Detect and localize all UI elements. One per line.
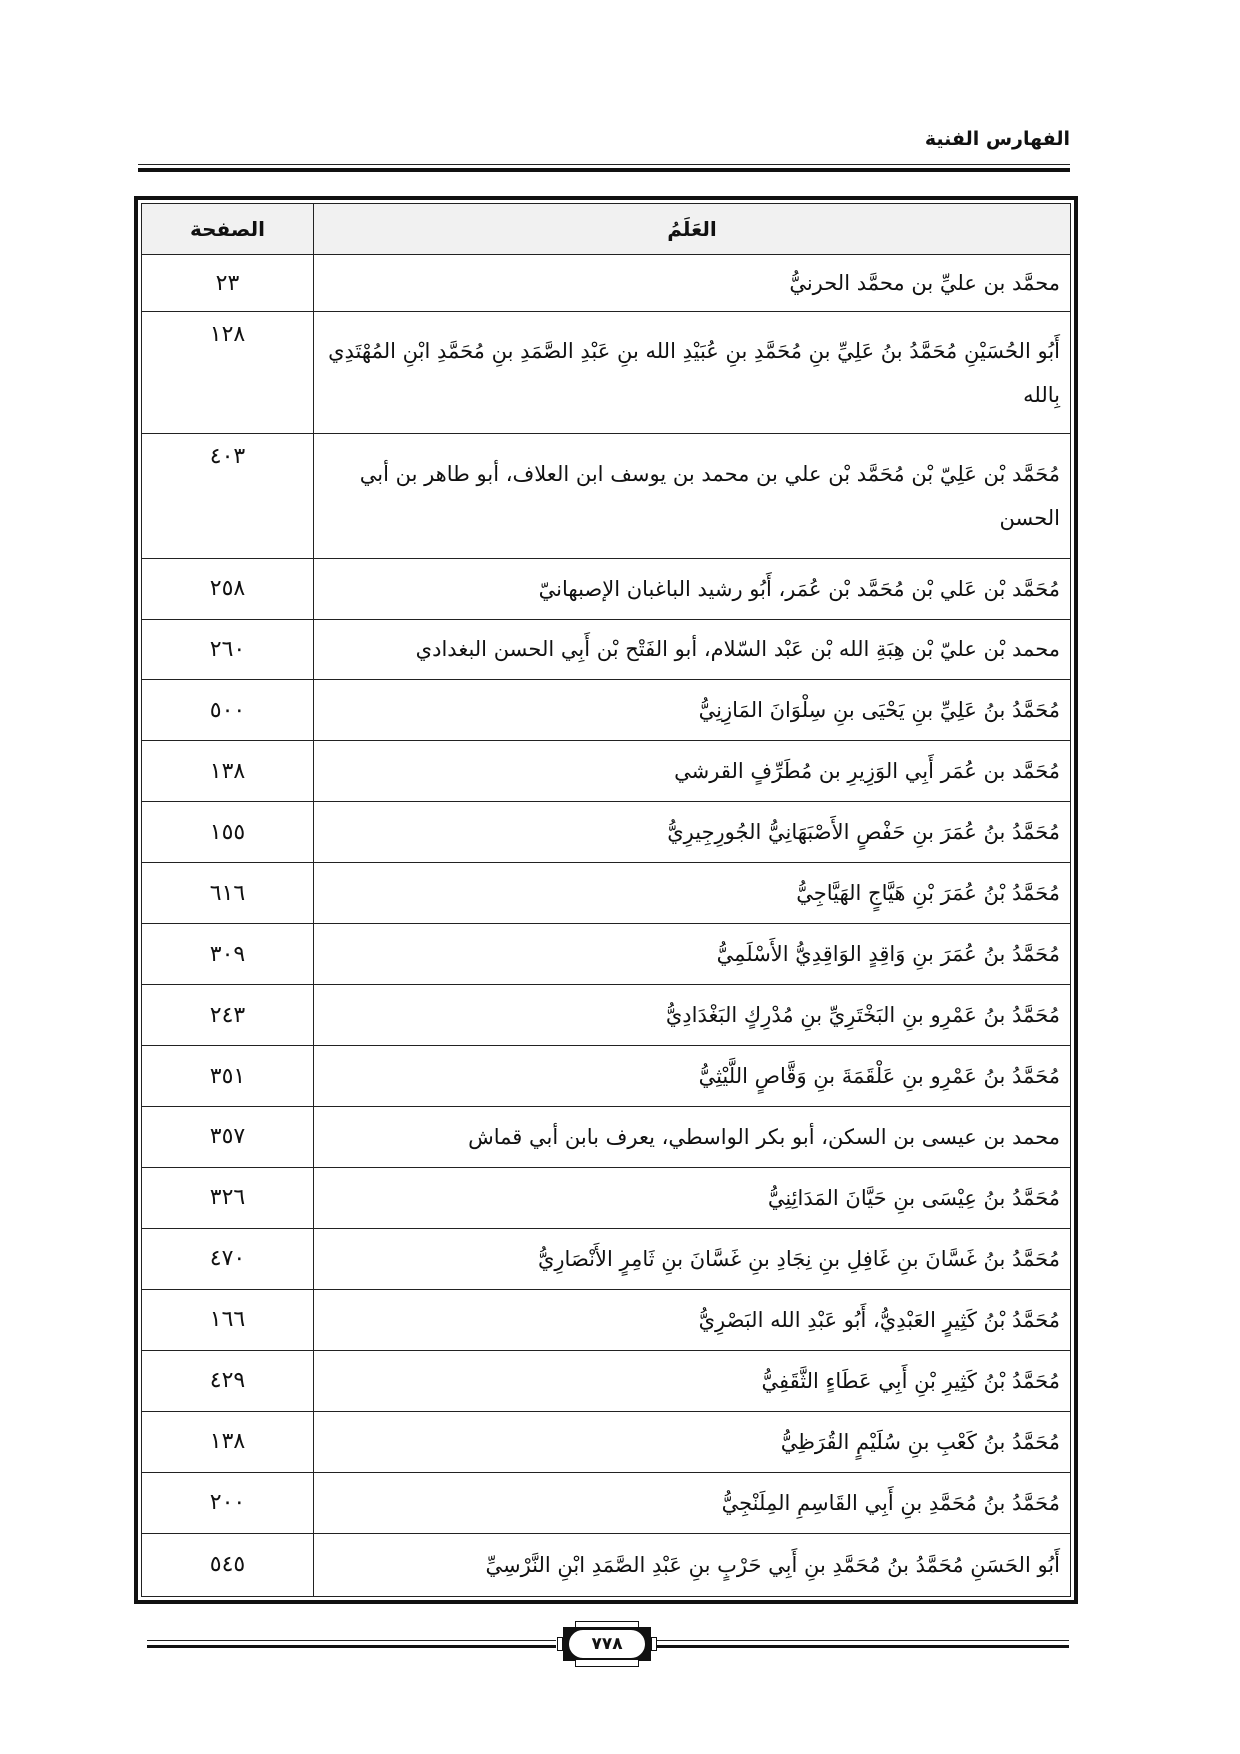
table-row: مُحَمَّد بْن عَلي بْن مُحَمَّد بْن عُمَر… <box>142 558 1071 619</box>
name-cell: مُحَمَّد بْن عَلِيّ بْن مُحَمَّد بْن علي… <box>314 434 1071 558</box>
table-row: مُحَمَّدُ بنُ عِيْسَى بنِ حَيَّانَ المَد… <box>142 1167 1071 1228</box>
name-cell: مُحَمَّدُ بنُ عِيْسَى بنِ حَيَّانَ المَد… <box>314 1167 1071 1228</box>
page-number: ٧٧٨ <box>567 1628 647 1660</box>
table-row: مُحَمَّدُ بنُ غَسَّانَ بنِ غَافِلِ بنِ ن… <box>142 1228 1071 1289</box>
table-row: محمد بن عيسى بن السكن، أبو بكر الواسطي، … <box>142 1107 1071 1168</box>
table-row: مُحَمَّدُ بنُ كَعْبِ بنِ سُلَيْمٍ القُرَ… <box>142 1411 1071 1472</box>
column-header-page: الصفحة <box>142 204 314 255</box>
table-header-row: العَلَمُ الصفحة <box>142 204 1071 255</box>
table-row: مُحَمَّدُ بْنُ كَثِيرِ بْنِ أَبِي عَطَاء… <box>142 1350 1071 1411</box>
page-cell: ٥٠٠ <box>142 680 314 741</box>
page-cell: ٢٦٠ <box>142 619 314 680</box>
page-cell: ٢٣ <box>142 255 314 312</box>
name-cell: مُحَمَّدُ بنُ عُمَرَ بنِ حَفْصٍ الأَصْبَ… <box>314 802 1071 863</box>
page-number-badge: ٧٧٨ <box>557 1621 657 1667</box>
page-cell: ٢٥٨ <box>142 558 314 619</box>
page-cell: ٢٠٠ <box>142 1472 314 1533</box>
badge-ornament-bottom <box>575 1660 639 1667</box>
index-table: العَلَمُ الصفحة محمَّد بن عليِّ بن محمَّ… <box>141 203 1071 1597</box>
page-cell: ٢٤٣ <box>142 985 314 1046</box>
page-cell: ٤٠٣ <box>142 434 314 558</box>
badge-ornament-left <box>557 1637 563 1651</box>
table-row: أَبُو الحُسَيْنِ مُحَمَّدُ بنُ عَلِيِّ ب… <box>142 312 1071 434</box>
page-cell: ٣٥٧ <box>142 1107 314 1168</box>
table-row: مُحَمَّدُ بنُ عُمَرَ بنِ وَاقِدٍ الوَاقِ… <box>142 924 1071 985</box>
footer-rule-right <box>657 1640 1069 1648</box>
name-cell: مُحَمَّدُ بنُ كَعْبِ بنِ سُلَيْمٍ القُرَ… <box>314 1411 1071 1472</box>
name-cell: مُحَمَّدُ بنُ غَسَّانَ بنِ غَافِلِ بنِ ن… <box>314 1228 1071 1289</box>
table-row: محمَّد بن عليِّ بن محمَّد الحرنيُّ ٢٣ <box>142 255 1071 312</box>
table-row: مُحَمَّدُ بنُ عُمَرَ بنِ حَفْصٍ الأَصْبَ… <box>142 802 1071 863</box>
table-row: مُحَمَّدُ بنُ مُحَمَّدِ بنِ أَبِي القَاس… <box>142 1472 1071 1533</box>
name-cell: محمَّد بن عليِّ بن محمَّد الحرنيُّ <box>314 255 1071 312</box>
page-cell: ٥٤٥ <box>142 1533 314 1596</box>
page-cell: ١٣٨ <box>142 1411 314 1472</box>
name-cell: مُحَمَّدُ بنُ عَمْرِو بنِ البَخْتَرِيِّ … <box>314 985 1071 1046</box>
name-cell: مُحَمَّد بن عُمَر أَبِي الوَزِيرِ بن مُط… <box>314 741 1071 802</box>
name-cell: مُحَمَّدُ بنُ مُحَمَّدِ بنِ أَبِي القَاس… <box>314 1472 1071 1533</box>
table-row: مُحَمَّد بْن عَلِيّ بْن مُحَمَّد بْن علي… <box>142 434 1071 558</box>
table-row: مُحَمَّدُ بنُ عَمْرِو بنِ البَخْتَرِيِّ … <box>142 985 1071 1046</box>
name-cell: أَبُو الحَسَنِ مُحَمَّدُ بنُ مُحَمَّدِ ب… <box>314 1533 1071 1596</box>
table-row: مُحَمَّدُ بنُ عَلِيِّ بنِ يَحْيَى بنِ سِ… <box>142 680 1071 741</box>
page-cell: ٣٥١ <box>142 1046 314 1107</box>
name-cell: مُحَمَّدُ بْنُ كَثِيرِ بْنِ أَبِي عَطَاء… <box>314 1350 1071 1411</box>
page-cell: ٤٢٩ <box>142 1350 314 1411</box>
table-row: مُحَمَّدُ بْنُ كَثِيرٍ العَبْدِيُّ، أَبُ… <box>142 1289 1071 1350</box>
page-cell: ٣٠٩ <box>142 924 314 985</box>
running-head: الفهارس الفنية <box>925 128 1070 150</box>
name-cell: مُحَمَّدُ بْنُ كَثِيرٍ العَبْدِيُّ، أَبُ… <box>314 1289 1071 1350</box>
table-row: مُحَمَّدُ بنُ عَمْرِو بنِ عَلْقَمَةَ بنِ… <box>142 1046 1071 1107</box>
page-cell: ٤٧٠ <box>142 1228 314 1289</box>
page-cell: ٣٢٦ <box>142 1167 314 1228</box>
page-cell: ١٦٦ <box>142 1289 314 1350</box>
footer-rule-left <box>147 1640 556 1648</box>
name-cell: مُحَمَّدُ بنُ عَمْرِو بنِ عَلْقَمَةَ بنِ… <box>314 1046 1071 1107</box>
column-header-name: العَلَمُ <box>314 204 1071 255</box>
name-cell: مُحَمَّدُ بْنُ عُمَرَ بْنِ هَيَّاجٍ الهَ… <box>314 863 1071 924</box>
name-cell: مُحَمَّدُ بنُ عُمَرَ بنِ وَاقِدٍ الوَاقِ… <box>314 924 1071 985</box>
table-row: مُحَمَّدُ بْنُ عُمَرَ بْنِ هَيَّاجٍ الهَ… <box>142 863 1071 924</box>
name-cell: محمد بْن عليّ بْن هِبَةِ الله بْن عَبْد … <box>314 619 1071 680</box>
table-row: أَبُو الحَسَنِ مُحَمَّدُ بنُ مُحَمَّدِ ب… <box>142 1533 1071 1596</box>
page-cell: ١٥٥ <box>142 802 314 863</box>
page-cell: ١٢٨ <box>142 312 314 434</box>
table-row: محمد بْن عليّ بْن هِبَةِ الله بْن عَبْد … <box>142 619 1071 680</box>
index-table-frame: العَلَمُ الصفحة محمَّد بن عليِّ بن محمَّ… <box>134 196 1078 1604</box>
header-double-rule <box>138 164 1070 172</box>
name-cell: مُحَمَّدُ بنُ عَلِيِّ بنِ يَحْيَى بنِ سِ… <box>314 680 1071 741</box>
name-cell: محمد بن عيسى بن السكن، أبو بكر الواسطي، … <box>314 1107 1071 1168</box>
table-row: مُحَمَّد بن عُمَر أَبِي الوَزِيرِ بن مُط… <box>142 741 1071 802</box>
page-cell: ١٣٨ <box>142 741 314 802</box>
badge-ornament-right <box>651 1637 657 1651</box>
page-cell: ٦١٦ <box>142 863 314 924</box>
name-cell: مُحَمَّد بْن عَلي بْن مُحَمَّد بْن عُمَر… <box>314 558 1071 619</box>
name-cell: أَبُو الحُسَيْنِ مُحَمَّدُ بنُ عَلِيِّ ب… <box>314 312 1071 434</box>
